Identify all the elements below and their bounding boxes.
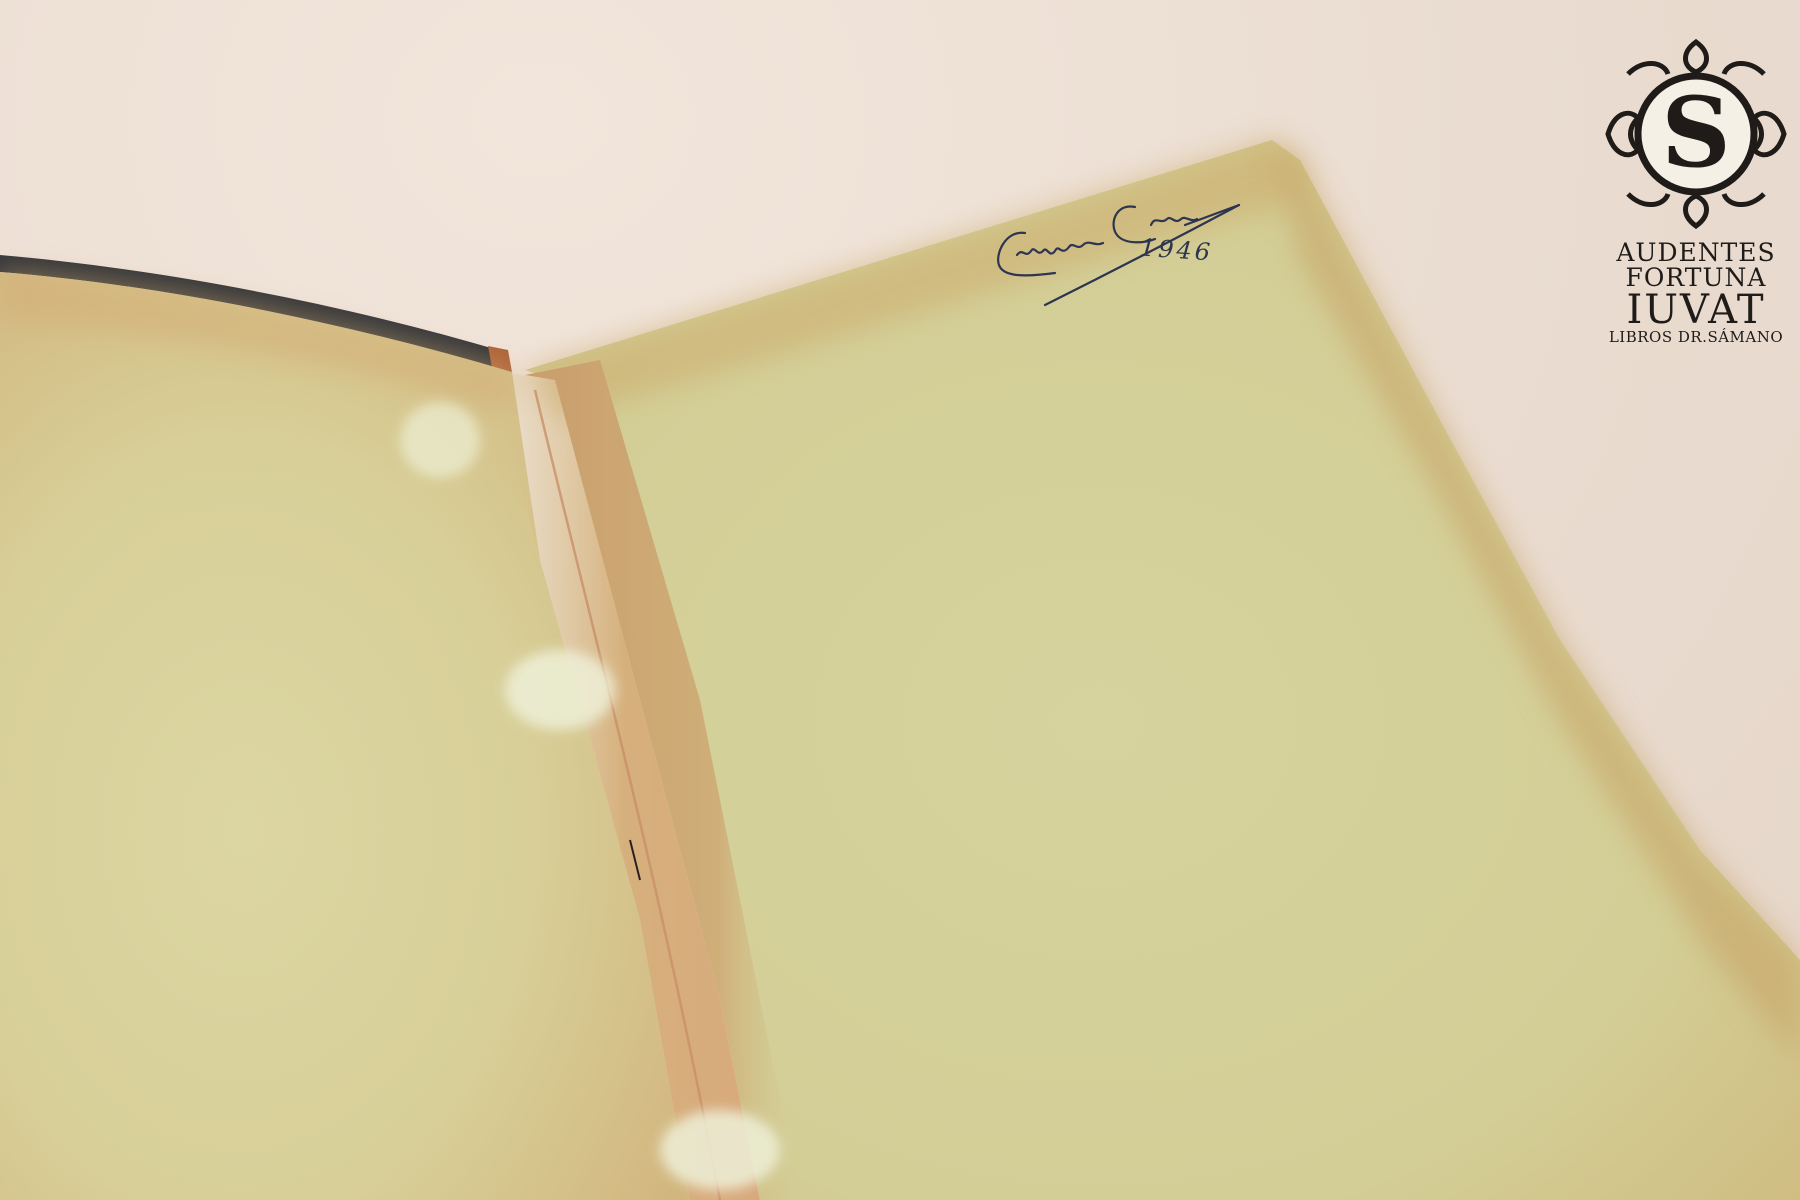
watermark-line-3: IUVAT <box>1598 290 1794 330</box>
glue-spot <box>400 402 480 478</box>
open-book <box>0 0 1800 1200</box>
photo-scene: Concha Claro 1946 S AUDENTES FORTUNA IUV… <box>0 0 1800 1200</box>
watermark-line-1: AUDENTES <box>1598 240 1794 265</box>
signature-year: 1946 <box>1139 233 1214 266</box>
glue-spot <box>505 650 615 730</box>
bookseller-watermark: S AUDENTES FORTUNA IUVAT LIBROS DR.SÁMAN… <box>1598 34 1794 345</box>
ornamental-s-emblem-icon: S <box>1598 34 1794 234</box>
watermark-line-4: LIBROS DR.SÁMANO <box>1598 330 1794 345</box>
svg-text:S: S <box>1661 76 1730 189</box>
glue-spot <box>660 1110 780 1190</box>
